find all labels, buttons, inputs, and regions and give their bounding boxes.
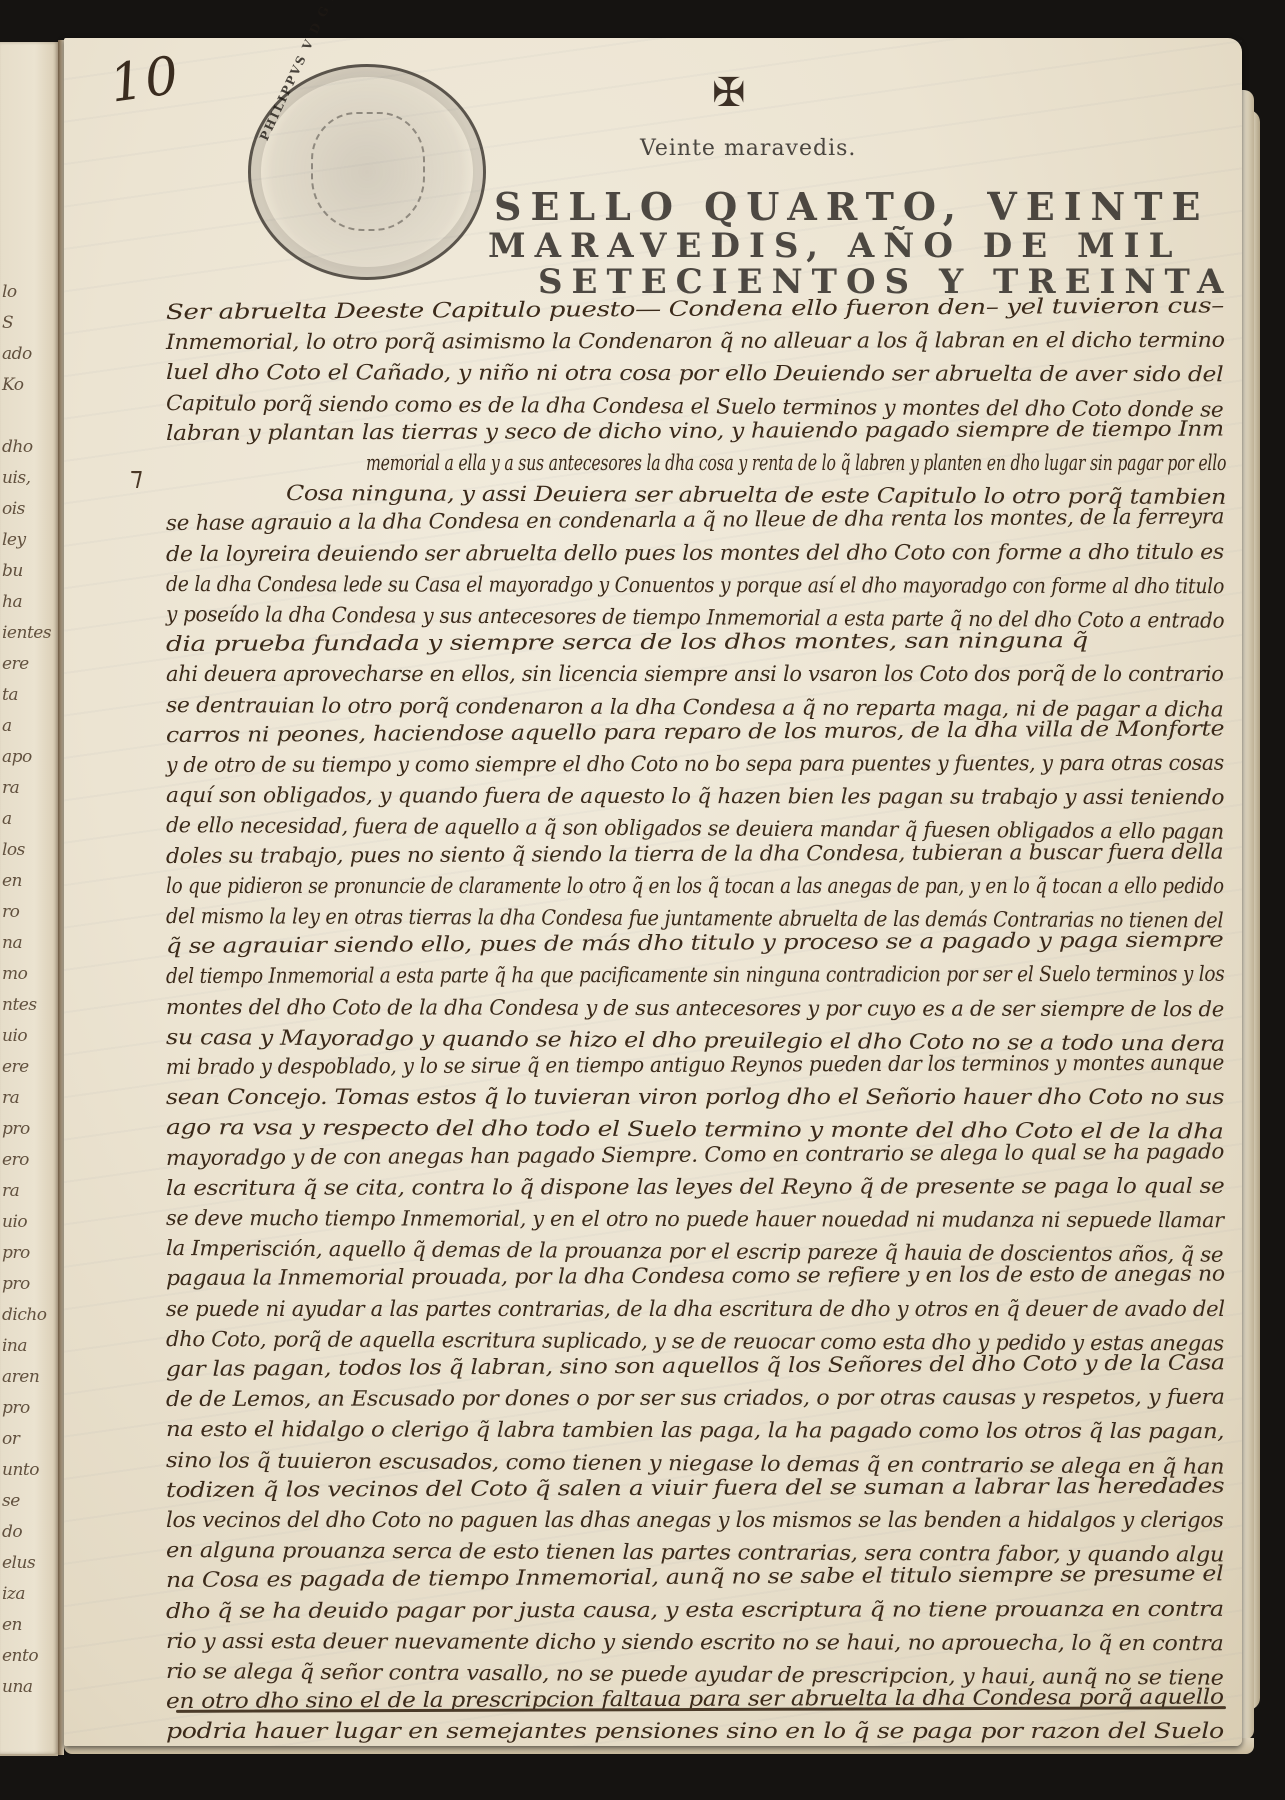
manuscript-line: pagaua la Inmemorial prouada, por la dha…: [166, 1262, 1225, 1290]
left-page-text-fragment: a: [2, 809, 12, 829]
manuscript-line: la escritura q̃ se cita, contra lo q̃ di…: [166, 1174, 1224, 1200]
left-page-text-fragment: dho: [2, 437, 33, 457]
left-page-text-fragment: ere: [2, 654, 29, 674]
left-page-text-fragment: uio: [2, 1026, 27, 1046]
left-page-text-fragment: do: [2, 1522, 22, 1542]
left-page-text-fragment: apo: [2, 747, 32, 767]
left-page-text-fragment: iza: [2, 1584, 25, 1604]
left-page-text-fragment: pro: [2, 1119, 30, 1139]
left-page-text-fragment: en: [2, 871, 22, 891]
left-page-text-fragment: or: [2, 1429, 19, 1449]
manuscript-line: lo que pidieron se pronuncie de claramen…: [166, 874, 1224, 898]
stamp-denomination: Veinte maravedis.: [640, 136, 856, 161]
manuscript-line: se puede ni ayudar a las partes contrari…: [166, 1297, 1225, 1321]
left-page-text-fragment: a: [2, 716, 12, 736]
left-page-text-fragment: ero: [2, 1150, 29, 1170]
left-page-text-fragment: se: [2, 1491, 20, 1511]
left-page-text-fragment: dicho: [2, 1305, 47, 1325]
manuscript-line: de la loyreira deuiendo ser abruelta del…: [166, 540, 1224, 566]
left-page-text-fragment: ro: [2, 902, 19, 922]
manuscript-line: memorial a ella y a sus antecesores la d…: [366, 451, 1226, 475]
manuscript-line: dho q̃ se ha deuido pagar por justa caus…: [166, 1597, 1224, 1623]
left-page-text-fragment: ina: [2, 1336, 27, 1356]
stamp-header-line: SELLO QUARTO, VEINTE: [494, 184, 1209, 229]
manuscript-line: se deve mucho tiempo Inmemorial, y en el…: [166, 1206, 1224, 1232]
manuscript-line: aquí son obligados, y quando fuera de aq…: [166, 783, 1224, 809]
cross-mark-icon: ✠: [712, 70, 746, 116]
left-page-text-fragment: ado: [2, 344, 32, 364]
scanned-manuscript: loSadoKodhouis,oisleybuhaienteseretaaapo…: [0, 0, 1285, 1800]
left-page-text-fragment: pro: [2, 1398, 30, 1418]
left-page-text-fragment: ra: [2, 778, 19, 798]
left-page-text-fragment: en: [2, 1615, 22, 1635]
manuscript-line: dia prueba fundada y siempre serca de lo…: [166, 628, 1088, 656]
stamp-header-line: MARAVEDIS, AÑO DE MIL: [488, 226, 1181, 266]
manuscript-line: y de otro de su tiempo y como siempre el…: [166, 751, 1224, 777]
left-page-text-fragment: ento: [2, 1646, 38, 1666]
left-page-text-fragment: los: [2, 840, 25, 860]
manuscript-line: ago ra vsa y respecto del dho todo el Su…: [166, 1115, 1224, 1143]
manuscript-line: montes del dho Coto de la dha Condesa y …: [166, 995, 1224, 1021]
left-page-text-fragment: S: [2, 313, 13, 333]
manuscript-line: todizen q̃ los vecinos del Coto q̃ salen…: [166, 1474, 1224, 1502]
manuscript-line: luel dho Coto el Cañado, y niño ni otra …: [166, 360, 1223, 386]
left-page-text-fragment: ha: [2, 592, 22, 612]
left-page-text-fragment: ientes: [2, 623, 51, 643]
left-page-text-fragment: ley: [2, 530, 26, 550]
stamp-seal-icon: PHILIPPVS V D G HISP REX: [248, 64, 486, 280]
left-page-text-fragment: unto: [2, 1460, 39, 1480]
margin-mark: ⁊: [130, 462, 143, 492]
manuscript-line: ahi deuera aprovecharse en ellos, sin li…: [166, 662, 1224, 686]
left-page-text-fragment: ra: [2, 1181, 19, 1201]
manuscript-line: mi brado y despoblado, y lo se sirue q̃ …: [166, 1051, 1224, 1079]
left-page-text-fragment: na: [2, 933, 22, 953]
manuscript-line: de de Lemos, an Escusado por dones o por…: [166, 1385, 1225, 1411]
folio-number: 10: [106, 45, 184, 114]
left-page-text-fragment: ntes: [2, 995, 37, 1015]
manuscript-line: podria hauer lugar en semejantes pension…: [166, 1719, 1224, 1743]
left-page-text-fragment: pro: [2, 1243, 30, 1263]
manuscript-line: labran y plantan las tierras y seco de d…: [166, 417, 1224, 445]
left-page-text-fragment: mo: [2, 964, 27, 984]
left-page-text-fragment: uis,: [2, 468, 31, 488]
left-page-text-fragment: pro: [2, 1274, 30, 1294]
left-page-text-fragment: bu: [2, 561, 23, 581]
manuscript-line: doles su trabajo, pues no siento q̃ sien…: [166, 840, 1223, 868]
left-page-text-fragment: uio: [2, 1212, 27, 1232]
left-page-text-fragment: Ko: [2, 375, 23, 395]
manuscript-line: del tiempo Inmemorial a esta parte q̃ ha…: [166, 962, 1225, 988]
left-page-text-fragment: ois: [2, 499, 25, 519]
previous-page-edge: loSadoKodhouis,oisleybuhaienteseretaaapo…: [0, 42, 58, 1756]
left-page-text-fragment: aren: [2, 1367, 39, 1387]
manuscript-line: los vecinos del dho Coto no paguen las d…: [166, 1508, 1224, 1532]
manuscript-line: de la dha Condesa lede su Casa el mayora…: [166, 572, 1224, 598]
left-page-text-fragment: ta: [2, 685, 18, 705]
left-page-text-fragment: elus: [2, 1553, 35, 1573]
left-page-text-fragment: ere: [2, 1057, 29, 1077]
manuscript-line: sean Concejo. Tomas estos q̃ lo tuvieran…: [166, 1085, 1224, 1109]
left-page-text-fragment: ra: [2, 1088, 19, 1108]
manuscript-line: rio y assi esta deuer nuevamente dicho y…: [166, 1629, 1223, 1655]
left-page-text-fragment: una: [2, 1677, 33, 1697]
seal-coat-of-arms: [311, 112, 425, 231]
manuscript-line: Inmemorial, lo otro porq̃ asimismo la Co…: [166, 328, 1225, 354]
left-page-text-fragment: lo: [2, 282, 17, 302]
manuscript-line: na esto el hidalgo o clerigo q̃ labra ta…: [166, 1417, 1224, 1443]
